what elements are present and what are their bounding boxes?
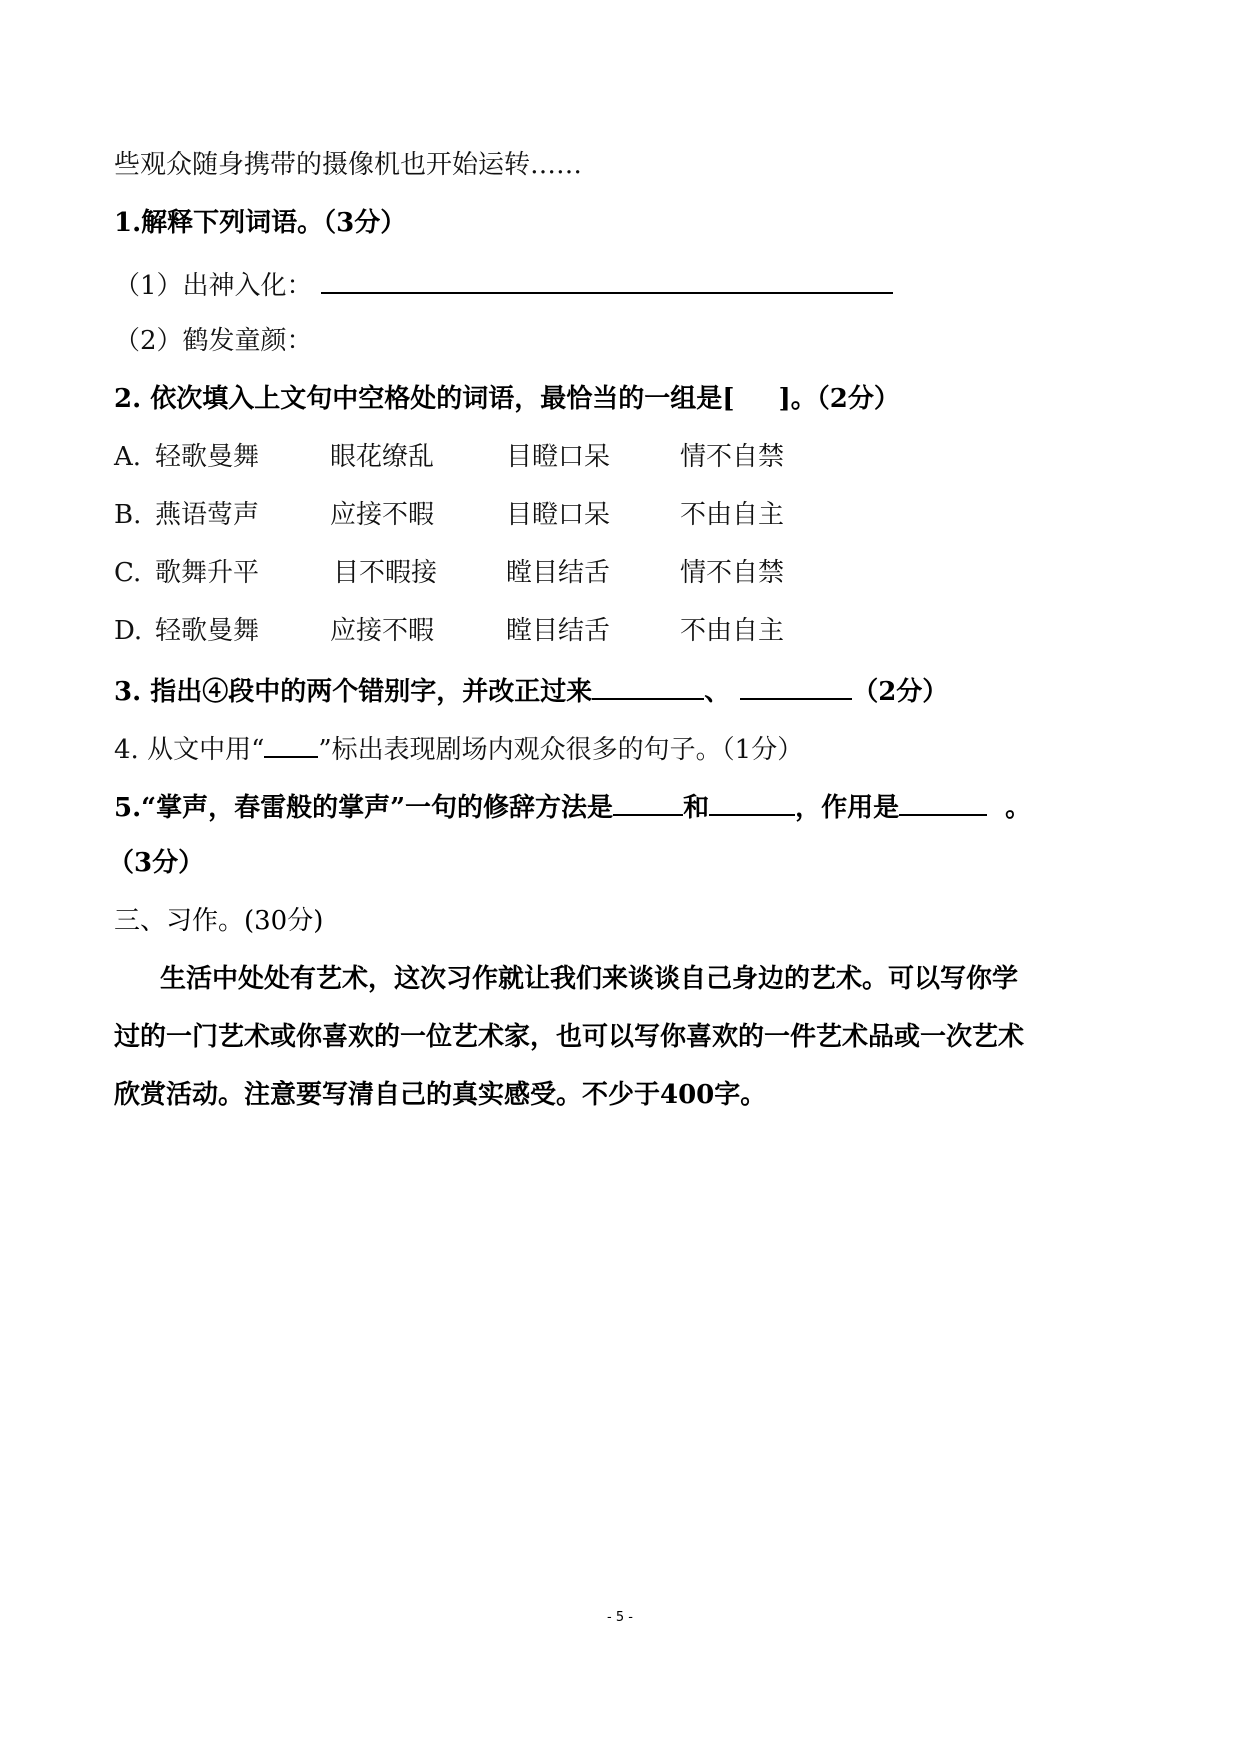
question-2-text: 2. 依次填入上文句中空格处的词语，最恰当的一组是[ bbox=[114, 384, 735, 414]
option-word: 目瞪口呆 bbox=[506, 498, 610, 532]
option-word: 应接不暇 bbox=[330, 498, 434, 532]
option-word: 瞠目结舌 bbox=[506, 614, 610, 648]
option-word: 眼花缭乱 bbox=[330, 440, 434, 474]
continuation-text: 些观众随身携带的摄像机也开始运转…… bbox=[114, 148, 582, 182]
option-letter: C. bbox=[114, 556, 141, 590]
question-5-mid-text: ，作用是 bbox=[795, 793, 899, 823]
question-3-text: 3. 指出④段中的两个错别字，并改正过来 bbox=[114, 677, 592, 707]
question-5-score: （3分） bbox=[108, 846, 204, 880]
question-1-item-1: （1）出神入化： bbox=[114, 266, 893, 303]
answer-blank-3[interactable] bbox=[899, 788, 987, 816]
item-label: （2）鹤发童颜： bbox=[114, 326, 313, 356]
section-3-title: 三、习作。(30分) bbox=[114, 904, 323, 938]
question-2-title: 2. 依次填入上文句中空格处的词语，最恰当的一组是[]。（2分） bbox=[114, 382, 900, 416]
answer-blank-1[interactable] bbox=[592, 672, 704, 700]
question-1-item-2: （2）鹤发童颜： bbox=[114, 324, 313, 358]
essay-prompt-line-3: 欣赏活动。注意要写清自己的真实感受。不少于400字。 bbox=[114, 1078, 766, 1112]
question-5: 5.“掌声，春雷般的掌声”一句的修辞方法是和，作用是。 bbox=[114, 788, 1031, 825]
essay-prompt-line-1: 生活中处处有艺术，这次习作就让我们来谈谈自己身边的艺术。可以写你学 bbox=[160, 962, 1018, 996]
question-4-text-before: 4. 从文中用“ bbox=[114, 735, 264, 765]
question-2-score: ]。（2分） bbox=[779, 384, 900, 414]
option-word: 情不自禁 bbox=[680, 556, 784, 590]
option-letter: D. bbox=[114, 614, 142, 648]
option-word: 应接不暇 bbox=[330, 614, 434, 648]
option-word: 目不暇接 bbox=[333, 556, 437, 590]
option-word: 不由自主 bbox=[680, 498, 784, 532]
answer-blank[interactable] bbox=[321, 266, 893, 294]
question-5-text: 5.“掌声，春雷般的掌声”一句的修辞方法是 bbox=[114, 793, 613, 823]
answer-blank-2[interactable] bbox=[740, 672, 852, 700]
answer-blank-2[interactable] bbox=[709, 788, 795, 816]
question-4: 4. 从文中用“”标出表现剧场内观众很多的句子。（1分） bbox=[114, 730, 803, 767]
option-word: 轻歌曼舞 bbox=[155, 614, 259, 648]
option-word: 轻歌曼舞 bbox=[155, 440, 259, 474]
option-word: 不由自主 bbox=[680, 614, 784, 648]
question-3: 3. 指出④段中的两个错别字，并改正过来、（2分） bbox=[114, 672, 948, 709]
answer-blank-1[interactable] bbox=[613, 788, 683, 816]
question-4-text-after: ”标出表现剧场内观众很多的句子。（1分） bbox=[318, 735, 803, 765]
separator: 、 bbox=[704, 677, 730, 707]
option-letter: B. bbox=[114, 498, 141, 532]
option-word: 情不自禁 bbox=[680, 440, 784, 474]
essay-prompt-line-2: 过的一门艺术或你喜欢的一位艺术家，也可以写你喜欢的一件艺术品或一次艺术 bbox=[114, 1020, 1024, 1054]
conjunction: 和 bbox=[683, 793, 709, 823]
option-word: 歌舞升平 bbox=[155, 556, 259, 590]
period: 。 bbox=[1005, 793, 1031, 823]
option-word: 瞠目结舌 bbox=[506, 556, 610, 590]
option-word: 燕语莺声 bbox=[155, 498, 259, 532]
page-number: - 5 - bbox=[0, 1610, 1240, 1625]
question-1-title: 1.解释下列词语。（3分） bbox=[114, 206, 406, 240]
item-label: （1）出神入化： bbox=[114, 271, 313, 301]
option-letter: A. bbox=[114, 440, 141, 474]
question-3-score: （2分） bbox=[852, 677, 948, 707]
option-word: 目瞪口呆 bbox=[506, 440, 610, 474]
underline-sample bbox=[264, 730, 318, 758]
